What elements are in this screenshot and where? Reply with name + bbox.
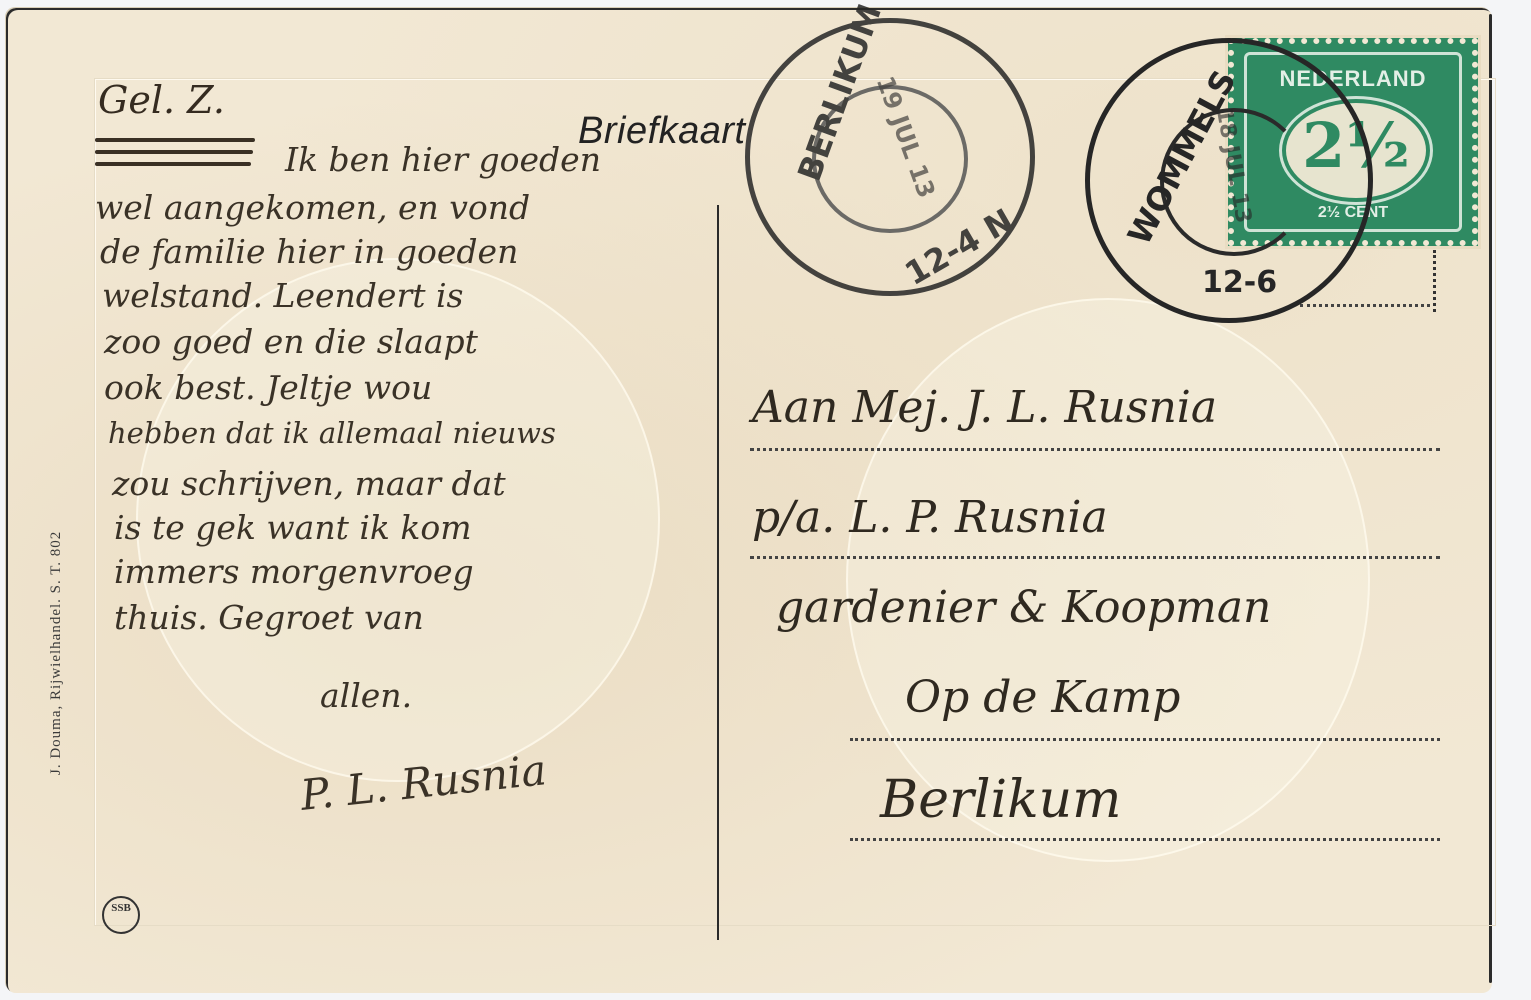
heading-underline [95, 150, 253, 154]
address-line: p/a. L. P. Rusnia [752, 492, 1108, 543]
address-dotted-line [850, 738, 1440, 741]
address-dotted-line [750, 448, 1440, 451]
address-dotted-line [850, 838, 1440, 841]
stamp-box-guide [1300, 304, 1430, 307]
address-line: Op de Kamp [905, 672, 1180, 723]
message-line: ook best. Jeltje wou [104, 368, 432, 407]
address-line: Berlikum [880, 770, 1121, 830]
publisher-logo-icon: SSB [102, 896, 140, 934]
message-heading: Gel. Z. [98, 78, 225, 122]
message-line: de familie hier in goeden [100, 232, 518, 271]
publisher-logo-text: SSB [111, 902, 131, 914]
message-address-divider [717, 205, 719, 940]
message-line: zoo goed en die slaapt [104, 322, 478, 361]
message-line: thuis. Gegroet van [114, 598, 424, 637]
heading-underline [95, 162, 251, 166]
address-line: Aan Mej. J. L. Rusnia [752, 382, 1217, 433]
stamp-box-guide [1433, 250, 1436, 312]
postmark-time: 12-6 [1202, 265, 1277, 300]
message-line: wel aangekomen, en vond [95, 188, 530, 227]
message-line: Ik ben hier goeden [285, 140, 601, 179]
address-line: gardenier & Koopman [776, 582, 1271, 633]
message-line: hebben dat ik allemaal nieuws [108, 416, 556, 450]
heading-underline [95, 138, 255, 142]
address-dotted-line [750, 556, 1440, 559]
postmark-icon: WOMMELS 18 JUL 13 12-6 [1085, 38, 1373, 323]
message-line: immers morgenvroeg [114, 552, 474, 591]
message-line: zou schrijven, maar dat [112, 464, 506, 503]
postmark-icon: BERLIKUM 19 JUL 13 12-4 N [745, 18, 1035, 296]
message-line: is te gek want ik kom [114, 508, 472, 547]
publisher-imprint: J. Douma, Rijwielhandel. S. T. 802 [48, 531, 65, 775]
message-line: allen. [320, 676, 412, 715]
postcard-title: Briefkaart [578, 110, 746, 153]
message-line: welstand. Leendert is [102, 276, 463, 315]
